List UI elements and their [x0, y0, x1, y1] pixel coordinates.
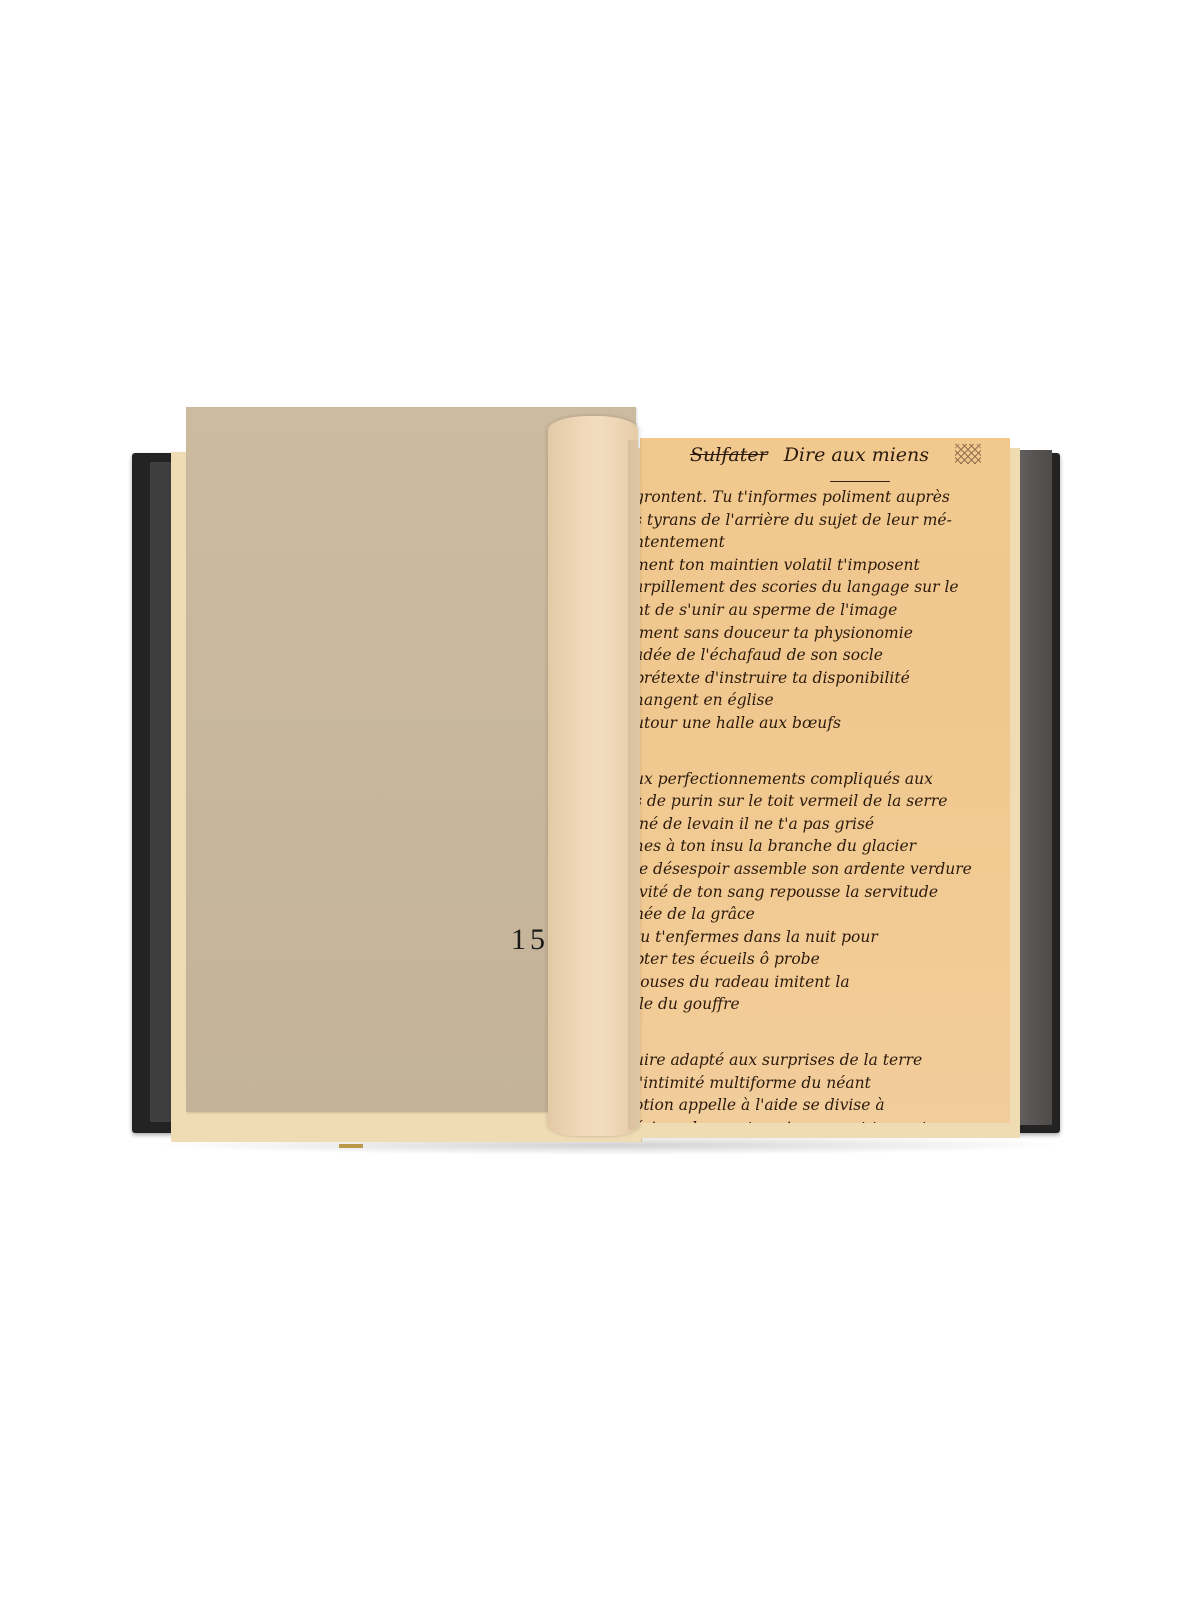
manuscript-line: ntentement — [640, 531, 1010, 554]
manuscript-line: hes à ton insu la branche du glacier — [640, 835, 1010, 858]
struck-title: Sulfater — [690, 444, 768, 466]
stanza-gap — [640, 735, 1010, 768]
hatch-mark-icon — [955, 444, 981, 464]
manuscript-line: le désespoir assemble son ardente verdur… — [640, 858, 1010, 881]
manuscript-line: hangent en église — [640, 689, 1010, 712]
manuscript-line: érieur des vents qui secouent ton antenn… — [640, 1117, 1010, 1123]
manuscript-line: l'intimité multiforme du néant — [640, 1072, 1010, 1095]
manuscript-line: otion appelle à l'aide se divise à — [640, 1094, 1010, 1117]
manuscript-line: uire adapté aux surprises de la terre — [640, 1049, 1010, 1072]
manuscript-line: prétexte d'instruire ta disponibilité — [640, 667, 1010, 690]
title-underline — [830, 481, 890, 482]
manuscript-line: s tyrans de l'arrière du sujet de leur m… — [640, 509, 1010, 532]
manuscript-line: s de purin sur le toit vermeil de la ser… — [640, 790, 1010, 813]
manuscript-line: arpillement des scories du langage sur l… — [640, 576, 1010, 599]
manuscript-line: grontent. Tu t'informes poliment auprès — [640, 486, 1010, 509]
manuscript-line: ment ton maintien volatil t'imposent — [640, 554, 1010, 577]
manuscript-line: touses du radeau imitent la — [640, 971, 1010, 994]
manuscript-line: iné de levain il ne t'a pas grisé — [640, 813, 1010, 836]
manuscript-page: Sulfater Dire aux miens grontent. Tu t'i… — [640, 438, 1010, 1123]
title-text: Dire aux miens — [784, 444, 929, 466]
page-number: 15 — [511, 923, 549, 957]
curled-page — [548, 416, 638, 1136]
stanza-gap — [640, 1016, 1010, 1049]
photo-scene: 15 Sulfater Dire aux miens grontent. Tu … — [0, 0, 1200, 1600]
manuscript-line: iment sans douceur ta physionomie — [640, 622, 1010, 645]
manuscript-line: adée de l'échafaud de son socle — [640, 644, 1010, 667]
manuscript-line: pter tes écueils ô probe — [640, 948, 1010, 971]
manuscript-line: tu t'enfermes dans la nuit pour — [640, 926, 1010, 949]
manuscript-line: née de la grâce — [640, 903, 1010, 926]
manuscript-text: grontent. Tu t'informes poliment auprès … — [640, 486, 1010, 1123]
manuscript-line: lle du gouffre — [640, 993, 1010, 1016]
manuscript-line: ivité de ton sang repousse la servitude — [640, 881, 1010, 904]
manuscript-line: nt de s'unir au sperme de l'image — [640, 599, 1010, 622]
spine-label — [339, 1144, 363, 1148]
manuscript-line: utour une halle aux bœufs — [640, 712, 1010, 735]
curl-shadow — [628, 440, 642, 1130]
manuscript-line: ux perfectionnements compliqués aux — [640, 768, 1010, 791]
